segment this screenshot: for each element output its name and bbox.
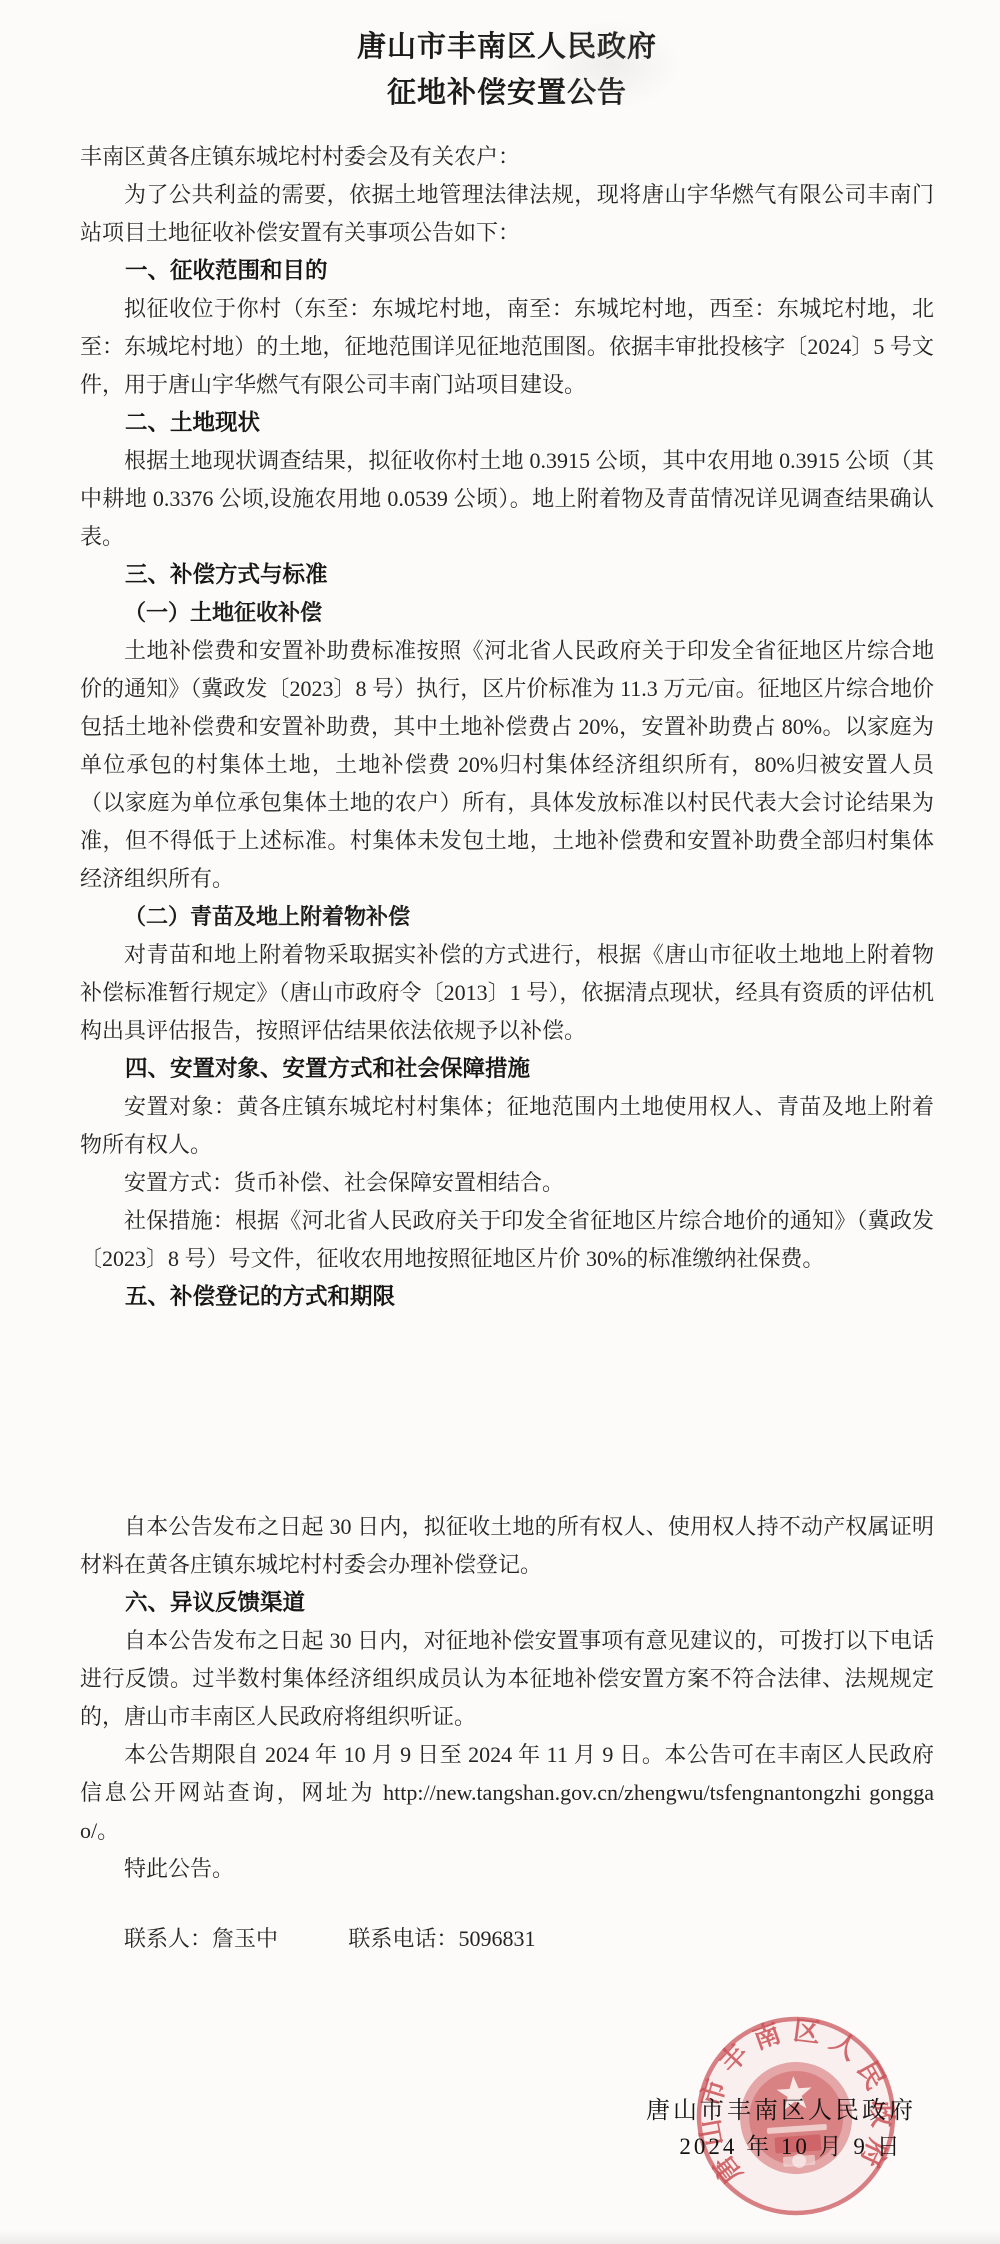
paragraph-resettlement-method: 安置方式：货币补偿、社会保障安置相结合。 — [80, 1164, 934, 1202]
paragraph-scope: 拟征收位于你村（东至：东城坨村地，南至：东城坨村地，西至：东城坨村地，北至：东城… — [80, 290, 934, 404]
paragraph-crops-compensation: 对青苗和地上附着物采取据实补偿的方式进行，根据《唐山市征收土地地上附着物补偿标准… — [80, 936, 934, 1050]
document-title: 唐山市丰南区人民政府 征地补偿安置公告 — [80, 24, 934, 116]
salutation: 丰南区黄各庄镇东城坨村村委会及有关农户： — [80, 138, 934, 176]
subsection-heading-3-1: （一）土地征收补偿 — [80, 594, 934, 632]
paragraph-land-compensation: 土地补偿费和安置补助费标准按照《河北省人民政府关于印发全省征地区片综合地价的通知… — [80, 632, 934, 898]
paragraph-registration: 自本公告发布之日起 30 日内，拟征收土地的所有权人、使用权人持不动产权属证明材… — [80, 1508, 934, 1584]
section-heading-4: 四、安置对象、安置方式和社会保障措施 — [80, 1050, 934, 1088]
paragraph-land-status: 根据土地现状调查结果，拟征收你村土地 0.3915 公顷，其中农用地 0.391… — [80, 442, 934, 556]
contact-person-name: 詹玉中 — [212, 1926, 278, 1951]
paragraph-feedback: 自本公告发布之日起 30 日内，对征地补偿安置事项有意见建议的，可拨打以下电话进… — [80, 1622, 934, 1736]
subsection-heading-3-2: （二）青苗及地上附着物补偿 — [80, 898, 934, 936]
contact-line: 联系人：詹玉中联系电话：5096831 — [80, 1920, 934, 1958]
paragraph-closing: 特此公告。 — [80, 1850, 934, 1888]
blank-space — [80, 1316, 934, 1508]
contact-phone-label: 联系电话： — [348, 1926, 458, 1951]
contact-phone-number: 5096831 — [458, 1926, 535, 1951]
paragraph-validity-period: 本公告期限自 2024 年 10 月 9 日至 2024 年 11 月 9 日。… — [80, 1736, 934, 1850]
section-heading-1: 一、征收范围和目的 — [80, 252, 934, 290]
section-heading-2: 二、土地现状 — [80, 404, 934, 442]
signing-authority: 唐山市丰南区人民政府 — [636, 2090, 926, 2125]
document-body: 丰南区黄各庄镇东城坨村村委会及有关农户： 为了公共利益的需要，依据土地管理法律法… — [80, 138, 934, 1958]
section-heading-6: 六、异议反馈渠道 — [80, 1584, 934, 1622]
intro-paragraph: 为了公共利益的需要，依据土地管理法律法规，现将唐山宇华燃气有限公司丰南门站项目土… — [80, 176, 934, 252]
signing-date: 2024 年 10 月 9 日 — [646, 2128, 936, 2161]
section-heading-5: 五、补偿登记的方式和期限 — [80, 1278, 934, 1316]
section-heading-3: 三、补偿方式与标准 — [80, 556, 934, 594]
paragraph-resettlement-targets: 安置对象：黄各庄镇东城坨村村集体；征地范围内土地使用权人、青苗及地上附着物所有权… — [80, 1088, 934, 1164]
announcement-document: 唐山市丰南区人民政府 征地补偿安置公告 丰南区黄各庄镇东城坨村村委会及有关农户：… — [0, 0, 1000, 2244]
signature-area: 唐山市丰南区人民政府 唐山市丰南区人民政府 2024 年 10 月 9 日 — [80, 2014, 934, 2244]
title-line-subject: 征地补偿安置公告 — [80, 70, 934, 116]
contact-person-label: 联系人： — [124, 1926, 212, 1951]
title-line-authority: 唐山市丰南区人民政府 — [80, 24, 934, 70]
paragraph-social-security: 社保措施：根据《河北省人民政府关于印发全省征地区片综合地价的通知》（冀政发〔20… — [80, 1202, 934, 1278]
